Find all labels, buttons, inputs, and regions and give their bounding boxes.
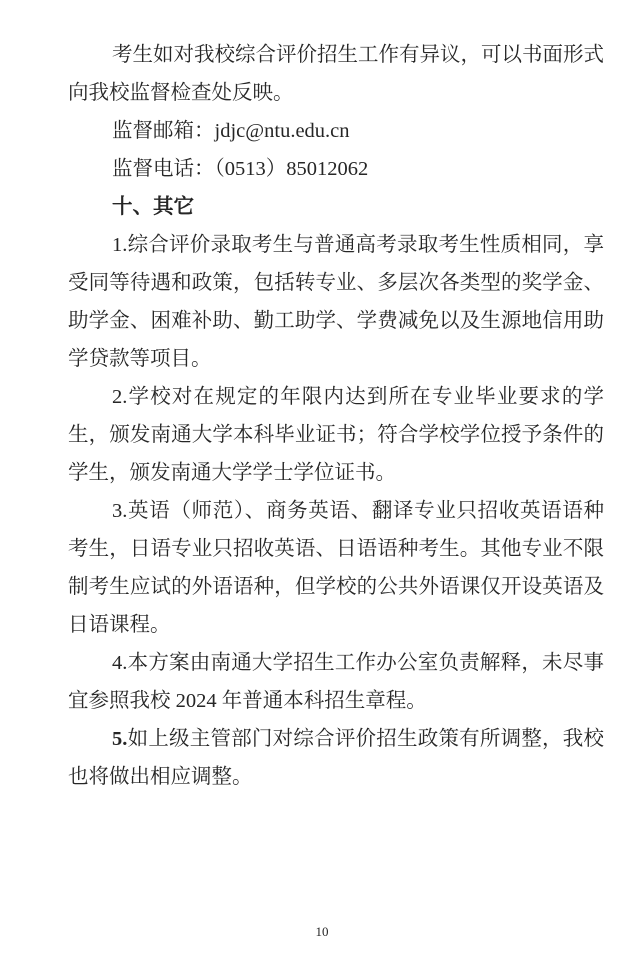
- item-text-4: 本方案由南通大学招生工作办公室负责解释，未尽事宜参照我校 2024 年普通本科招…: [68, 652, 604, 712]
- document-body: 考生如对我校综合评价招生工作有异议，可以书面形式向我校监督检查处反映。 监督邮箱…: [68, 36, 604, 796]
- page-number: 10: [0, 924, 644, 940]
- item-number-1: 1.: [112, 234, 127, 256]
- item-paragraph-3: 3.英语（师范）、商务英语、翻译专业只招收英语语种考生，日语专业只招收英语、日语…: [68, 492, 604, 644]
- supervision-email-label: 监督邮箱：: [112, 120, 215, 142]
- supervision-phone-label: 监督电话：: [112, 158, 215, 180]
- supervision-email-line: 监督邮箱：jdjc@ntu.edu.cn: [68, 112, 604, 150]
- item-text-5: 如上级主管部门对综合评价招生政策有所调整，我校也将做出相应调整。: [68, 728, 604, 788]
- item-paragraph-5: 5.如上级主管部门对综合评价招生政策有所调整，我校也将做出相应调整。: [68, 720, 604, 796]
- item-text-1: 综合评价录取考生与普通高考录取考生性质相同，享受同等待遇和政策，包括转专业、多层…: [68, 234, 604, 370]
- document-page: 考生如对我校综合评价招生工作有异议，可以书面形式向我校监督检查处反映。 监督邮箱…: [0, 0, 644, 967]
- item-number-3: 3.: [112, 500, 127, 522]
- item-number-2: 2.: [112, 386, 127, 408]
- item-text-3: 英语（师范）、商务英语、翻译专业只招收英语语种考生，日语专业只招收英语、日语语种…: [68, 500, 604, 636]
- item-paragraph-2: 2.学校对在规定的年限内达到所在专业毕业要求的学生，颁发南通大学本科毕业证书；符…: [68, 378, 604, 492]
- item-paragraph-4: 4.本方案由南通大学招生工作办公室负责解释，未尽事宜参照我校 2024 年普通本…: [68, 644, 604, 720]
- item-paragraph-1: 1.综合评价录取考生与普通高考录取考生性质相同，享受同等待遇和政策，包括转专业、…: [68, 226, 604, 378]
- item-number-5: 5.: [112, 728, 127, 750]
- item-number-4: 4.: [112, 652, 127, 674]
- supervision-phone-value: （0513）85012062: [215, 158, 369, 180]
- item-text-2: 学校对在规定的年限内达到所在专业毕业要求的学生，颁发南通大学本科毕业证书；符合学…: [68, 386, 604, 484]
- complaint-paragraph: 考生如对我校综合评价招生工作有异议，可以书面形式向我校监督检查处反映。: [68, 36, 604, 112]
- section-heading: 十、其它: [68, 188, 604, 226]
- supervision-email-value: jdjc@ntu.edu.cn: [215, 120, 350, 142]
- supervision-phone-line: 监督电话：（0513）85012062: [68, 150, 604, 188]
